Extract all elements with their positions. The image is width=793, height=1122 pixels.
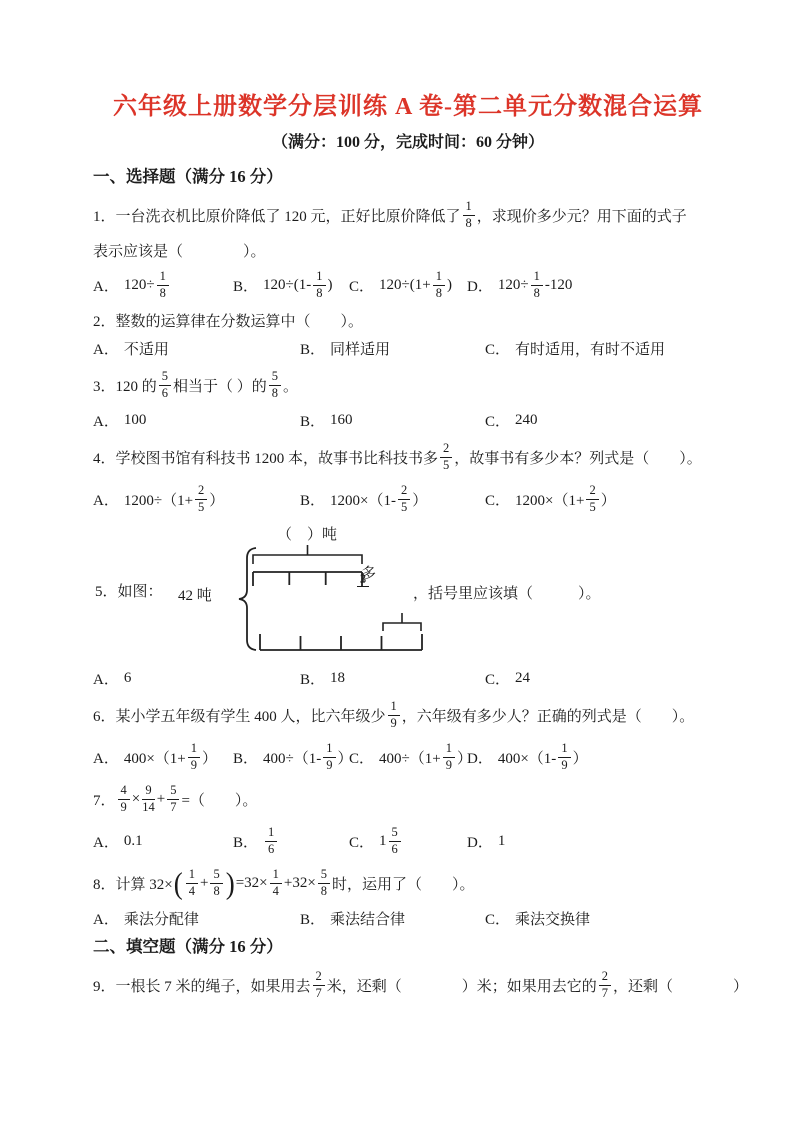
fraction-numerator: 1 [531,270,543,285]
option: A．120÷18 [93,270,233,299]
option: C．156 [349,826,467,855]
option: D．120÷18-120 [467,270,723,299]
option-label: C． [485,489,510,510]
text-run: 18 [330,670,345,687]
text-run: 不适用 [124,338,169,359]
option: C．有时适用，有时不适用 [485,338,723,359]
text-run: 有时适用，有时不适用 [515,338,665,359]
fraction-denominator: 8 [316,286,322,300]
fraction: 18 [313,270,325,299]
fraction-numerator: 1 [323,742,335,757]
option-label: A． [93,338,119,359]
question-text: 4．学校图书馆有科技书 1200 本，故事书比科技书多25，故事书有多少本？列式… [93,438,723,476]
option-label: D． [467,831,493,852]
option-label: B． [300,908,325,929]
fraction: 18 [531,270,543,299]
fraction-numerator: 1 [157,270,169,285]
text-run: ，六年级有多少人？正确的列式是（ ）。 [402,705,695,726]
option: B．400÷（1-19） [233,742,349,771]
text-run: 120÷ [124,277,155,294]
fraction: 19 [188,742,200,771]
text-run: 相当于（ ）的 [173,375,267,396]
option-label: A． [93,668,119,689]
text-run: 400÷（1+ [379,747,441,768]
option-label: C． [349,831,374,852]
fraction-numerator: 1 [270,868,282,883]
text-run: -120 [545,277,573,294]
text-run: 7． [93,789,116,810]
fraction-numerator: 2 [586,484,598,499]
fraction: 914 [142,784,155,813]
text-run: 米，还剩（ ）米；如果用去它的 [327,975,597,996]
section-heading: 二、填空题（满分 16 分） [93,936,723,958]
question-text: 9．一根长 7 米的绳子，如果用去27米，还剩（ ）米；如果用去它的27，还剩（… [93,966,723,1004]
text-run: +32× [284,875,316,892]
text-run: 9．一根长 7 米的绳子，如果用去 [93,975,311,996]
fraction-denominator: 9 [326,758,332,772]
fraction-numerator: 1 [188,742,200,757]
text-run: ，求现价多少元？用下面的式子 [477,205,687,226]
text-run: 400×（1- [498,747,556,768]
fraction-denominator: 9 [446,758,452,772]
fraction-denominator: 9 [391,716,397,730]
section-heading: 一、选择题（满分 16 分） [93,166,723,188]
fraction-denominator: 7 [170,800,176,814]
question-text: 6．某小学五年级有学生 400 人，比六年级少19，六年级有多少人？正确的列式是… [93,696,723,734]
text-run: 1200÷（1+ [124,489,193,510]
fraction-numerator: 1 [388,700,400,715]
options-row: A．0.1B．16C．156D．1 [93,822,723,860]
text-run: ） [573,747,588,768]
figure-total-label: 42 吨 [178,584,212,605]
option-label: A． [93,747,119,768]
option-label: C． [485,338,510,359]
fraction: 19 [388,700,400,729]
fraction: 19 [323,742,335,771]
top-bar [253,572,362,586]
option-label: B． [233,747,258,768]
more-bracket [383,613,421,631]
text-run: 400÷（1- [263,747,321,768]
fraction-numerator: 2 [313,970,325,985]
fraction: 58 [318,868,330,897]
option: B．16 [233,826,349,855]
option-label: B． [233,275,258,296]
options-row: A．400×（1+19）B．400÷（1-19）C．400÷（1+19）D．40… [93,738,723,776]
fraction: 56 [159,370,171,399]
text-run: ） [412,489,427,510]
text-run: 表示应该是（ ）。 [93,240,266,261]
fraction: 18 [433,270,445,299]
option: A．不适用 [93,338,300,359]
question-text: 7．49×914+57=（ ）。 [93,780,723,818]
fraction: 19 [443,742,455,771]
text-run: 100 [124,412,147,429]
text-run: ） [209,489,224,510]
fraction: 56 [389,826,401,855]
fraction-numerator: 5 [318,868,330,883]
option: A．400×（1+19） [93,742,233,771]
fraction-numerator: 1 [443,742,455,757]
text-run: ) [447,277,452,294]
fraction-numerator: 1 [558,742,570,757]
fraction: 19 [558,742,570,771]
option-label: C． [349,747,374,768]
fraction-denominator: 9 [191,758,197,772]
text-run: 8．计算 32× [93,873,173,894]
page-title: 六年级上册数学分层训练 A 卷-第二单元分数混合运算 [73,90,743,124]
options-row: A．1200÷（1+25）B．1200×（1-25）C．1200×（1+25） [93,480,723,518]
text-run: 6．某小学五年级有学生 400 人，比六年级少 [93,705,386,726]
text-run: 160 [330,412,353,429]
fraction: 25 [586,484,598,513]
text-run: 1 [379,833,387,850]
fraction-denominator: 9 [121,800,127,814]
fraction-numerator: 5 [210,868,222,883]
text-run: 时，运用了（ ）。 [332,873,475,894]
option-label: B． [300,410,325,431]
fraction-numerator: 1 [463,200,475,215]
fraction-denominator: 8 [272,386,278,400]
text-run: × [132,791,140,808]
fraction-denominator: 3 [360,572,366,586]
option-label: B． [300,338,325,359]
text-run: 。 [283,375,298,396]
options-row: A．不适用B．同样适用C．有时适用，有时不适用 [93,336,723,360]
fraction-denominator: 8 [160,286,166,300]
text-run: 同样适用 [330,338,390,359]
text-run: 24 [515,670,530,687]
option: B．18 [300,668,485,689]
text-run: =（ ）。 [181,789,257,810]
fraction-numerator: 2 [195,484,207,499]
fraction-numerator: 5 [389,826,401,841]
text-run: 120÷(1+ [379,277,431,294]
text-run: + [157,791,165,808]
option: D．400×（1-19） [467,742,723,771]
text-run: 乘法结合律 [330,908,405,929]
option: A．0.1 [93,831,233,852]
question-text: 3．120 的56相当于（ ）的58。 [93,366,723,404]
text-run: ） [601,489,616,510]
text-run: ) [328,277,333,294]
fraction: 18 [463,200,475,229]
fraction-denominator: 8 [321,884,327,898]
fraction-numerator: 1 [433,270,445,285]
fraction: 14 [270,868,282,897]
fraction-denominator: 8 [213,884,219,898]
fraction-numerator: 2 [599,970,611,985]
fraction: 58 [269,370,281,399]
text-run: ，故事书有多少本？列式是（ ）。 [454,447,702,468]
option-label: B． [300,489,325,510]
option: A．6 [93,668,300,689]
text-run: 1 [498,833,506,850]
text-run: 0.1 [124,833,143,850]
text-run: 2．整数的运算律在分数运算中（ ）。 [93,310,363,331]
option: C．120÷(1+18) [349,270,467,299]
text-run: 400×（1+ [124,747,186,768]
option: C．1200×（1+25） [485,484,723,513]
option: D．1 [467,831,723,852]
text-run: 6 [124,670,132,687]
option-label: A． [93,410,119,431]
fraction-numerator: 5 [167,784,179,799]
fraction-denominator: 7 [316,986,322,1000]
fraction-denominator: 5 [589,500,595,514]
question-text: 1．一台洗衣机比原价降低了 120 元，正好比原价降低了18，求现价多少元？用下… [93,196,723,234]
options-row: A．6B．18C．24 [93,666,723,690]
text-run: 乘法交换律 [515,908,590,929]
option: A．1200÷（1+25） [93,484,300,513]
question-text: 8．计算 32×(14+58)=32×14+32×58时，运用了（ ）。 [93,864,723,902]
fraction-denominator: 5 [401,500,407,514]
fraction-denominator: 8 [534,286,540,300]
option: B．1200×（1-25） [300,484,485,513]
fraction-numerator: 1 [186,868,198,883]
question5-figure: 5．如图： 42 吨 （ ）吨 多13 ，括号里应该填（ ）。 [93,522,723,662]
fraction-numerator: 2 [398,484,410,499]
option-label: C． [485,668,510,689]
fraction-numerator: 1 [265,826,277,841]
option: C．400÷（1+19） [349,742,467,771]
fraction: 57 [167,784,179,813]
fraction-denominator: 6 [162,386,168,400]
fraction: 25 [195,484,207,513]
text-run: 3．120 的 [93,375,157,396]
option-label: D． [467,747,493,768]
option-label: D． [467,275,493,296]
option: C．240 [485,410,723,431]
option: B．160 [300,410,485,431]
text-run: 120÷ [498,277,529,294]
option-label: A． [93,831,119,852]
fraction-denominator: 8 [466,216,472,230]
text-run: ） [202,747,217,768]
fraction: 25 [440,442,452,471]
text-run: 乘法分配律 [124,908,199,929]
question5-label: 5．如图： [95,580,163,601]
fraction: 27 [599,970,611,999]
option: A．乘法分配律 [93,908,300,929]
fraction-denominator: 7 [602,986,608,1000]
fraction-denominator: 4 [189,884,195,898]
page-subtitle: （满分：100 分，完成时间：60 分钟） [93,132,723,154]
bottom-bar [260,634,422,650]
text-run: 1200×（1+ [515,489,584,510]
option-label: A． [93,489,119,510]
fraction: 16 [265,826,277,855]
text-run: 120÷(1- [263,277,311,294]
text-run: 1200×（1- [330,489,396,510]
fraction-denominator: 6 [392,842,398,856]
option-label: A． [93,908,119,929]
text-run: ，还剩（ ） [613,975,748,996]
fraction: 49 [118,784,130,813]
fraction-numerator: 4 [118,784,130,799]
fraction-numerator: 5 [159,370,171,385]
fraction-numerator: 1 [313,270,325,285]
fraction: 58 [210,868,222,897]
question-list-bottom: A．6B．18C．246．某小学五年级有学生 400 人，比六年级少19，六年级… [93,666,723,1004]
option: B．120÷(1-18) [233,270,349,299]
text-run: 240 [515,412,538,429]
text-run: =32× [236,875,268,892]
fraction: 18 [157,270,169,299]
options-row: A．120÷18B．120÷(1-18)C．120÷(1+18)D．120÷18… [93,266,723,304]
fraction-denominator: 4 [273,884,279,898]
option-label: B． [300,668,325,689]
options-row: A．乘法分配律B．乘法结合律C．乘法交换律 [93,906,723,930]
worksheet-page: 六年级上册数学分层训练 A 卷-第二单元分数混合运算 （满分：100 分，完成时… [0,0,793,1122]
fraction: 27 [313,970,325,999]
option-label: C． [485,908,510,929]
fraction-denominator: 14 [142,800,155,814]
option-label: A． [93,275,119,296]
option: C．24 [485,668,723,689]
fraction-denominator: 9 [561,758,567,772]
options-row: A．100B．160C．240 [93,408,723,432]
text-run: 1．一台洗衣机比原价降低了 120 元，正好比原价降低了 [93,205,461,226]
option: C．乘法交换律 [485,908,723,929]
option-label: B． [233,831,258,852]
option-label: C． [485,410,510,431]
fraction-numerator: 5 [269,370,281,385]
tape-diagram [225,522,435,658]
top-bracket [253,545,362,564]
question-text: 2．整数的运算律在分数运算中（ ）。 [93,308,723,332]
option-label: C． [349,275,374,296]
fraction-numerator: 2 [440,442,452,457]
fraction-denominator: 5 [443,458,449,472]
option: B．同样适用 [300,338,485,359]
option: A．100 [93,410,300,431]
fraction: 14 [186,868,198,897]
fraction: 25 [398,484,410,513]
fraction-denominator: 8 [436,286,442,300]
question-list-top: 一、选择题（满分 16 分）1．一台洗衣机比原价降低了 120 元，正好比原价降… [93,166,723,518]
question-text: 表示应该是（ ）。 [93,238,723,262]
option: B．乘法结合律 [300,908,485,929]
text-run: + [200,875,208,892]
fraction-denominator: 6 [268,842,274,856]
question5-text: ，括号里应该填（ ）。 [413,582,601,603]
text-run: 4．学校图书馆有科技书 1200 本，故事书比科技书多 [93,447,438,468]
fraction-denominator: 5 [198,500,204,514]
fraction-numerator: 9 [142,784,154,799]
